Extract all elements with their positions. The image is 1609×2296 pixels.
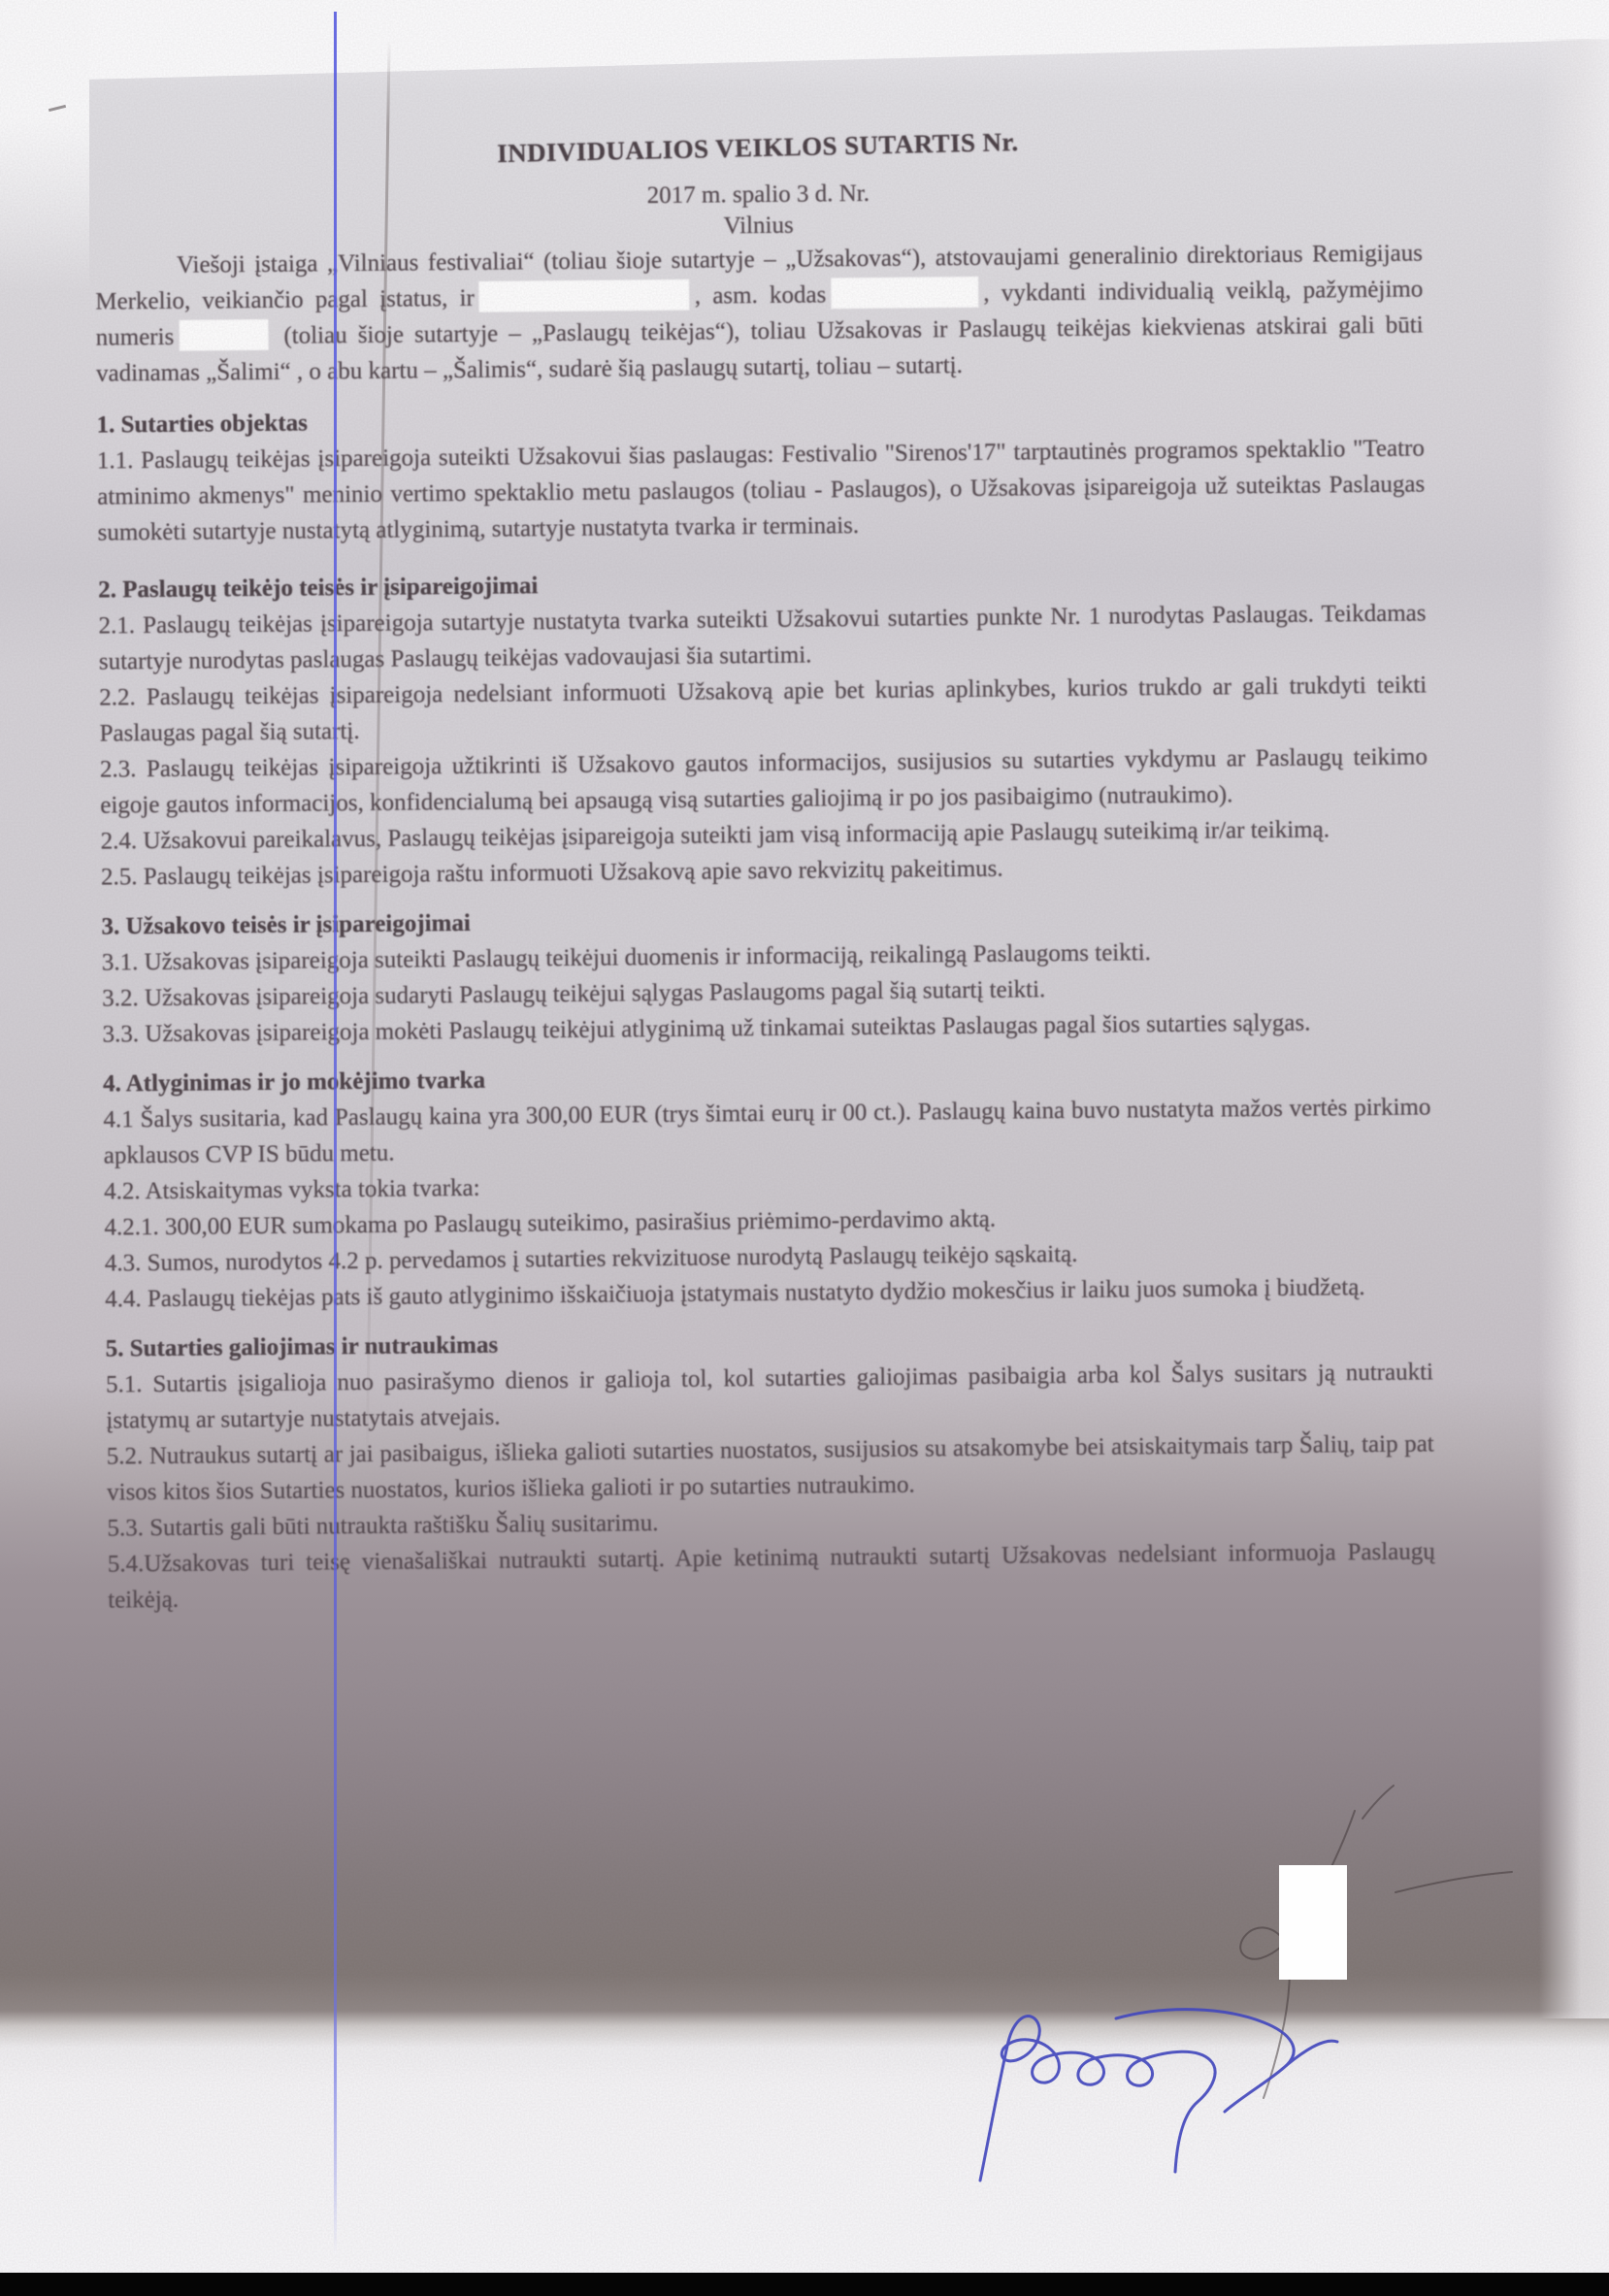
clause-2-2: 2.2. Paslaugų teikėjas įsipareigoja nede… — [99, 667, 1428, 751]
contract-document: INDIVIDUALIOS VEIKLOS SUTARTIS Nr. 2017 … — [92, 0, 1435, 1619]
blue-fold-line — [334, 12, 337, 2255]
scanner-edge-strip — [0, 2273, 1609, 2296]
clause-5-2: 5.2. Nutraukus sutartį ar jai pasibaigus… — [107, 1426, 1435, 1510]
redaction-box-certificate-number — [180, 320, 267, 350]
intro-paragraph: Viešoji įstaiga „Vilniaus festivaliai“ (… — [95, 235, 1424, 391]
clause-2-1: 2.1. Paslaugų teikėjas įsipareigoja suta… — [98, 595, 1427, 679]
section-2: 2. Paslaugų teikėjo teisės ir įsipareigo… — [98, 559, 1428, 895]
clause-5-4: 5.4.Užsakovas turi teisę vienašališkai n… — [108, 1533, 1436, 1618]
intro-text-4: (toliau šioje sutartyje – „Paslaugų teik… — [96, 312, 1424, 386]
section-4: 4. Atlyginimas ir jo mokėjimo tvarka 4.1… — [103, 1053, 1432, 1317]
clause-5-1: 5.1. Sutartis įsigalioja nuo pasirašymo … — [106, 1354, 1434, 1438]
scan-right-edge-highlight — [1539, 39, 1609, 2018]
clause-2-3: 2.3. Paslaugų teikėjas įsipareigoja užti… — [100, 738, 1428, 823]
section-3: 3. Užsakovo teisės ir įsipareigojimai 3.… — [101, 896, 1429, 1052]
redaction-box-signature-area — [1279, 1865, 1347, 1980]
section-1: 1. Sutarties objektas 1.1. Paslaugų teik… — [96, 394, 1425, 550]
clause-1-1: 1.1. Paslaugų teikėjas įsipareigoja sute… — [97, 430, 1426, 550]
intro-text-2: , asm. kodas — [695, 281, 827, 309]
clause-4-1: 4.1 Šalys susitaria, kad Paslaugų kaina … — [103, 1089, 1431, 1173]
redaction-box-personal-code — [832, 278, 977, 308]
scan-left-white-margin — [0, 0, 89, 291]
redaction-box-name — [480, 280, 689, 312]
section-5: 5. Sutarties galiojimas ir nutraukimas 5… — [106, 1318, 1436, 1618]
document-title: INDIVIDUALIOS VEIKLOS SUTARTIS Nr. — [94, 115, 1422, 181]
